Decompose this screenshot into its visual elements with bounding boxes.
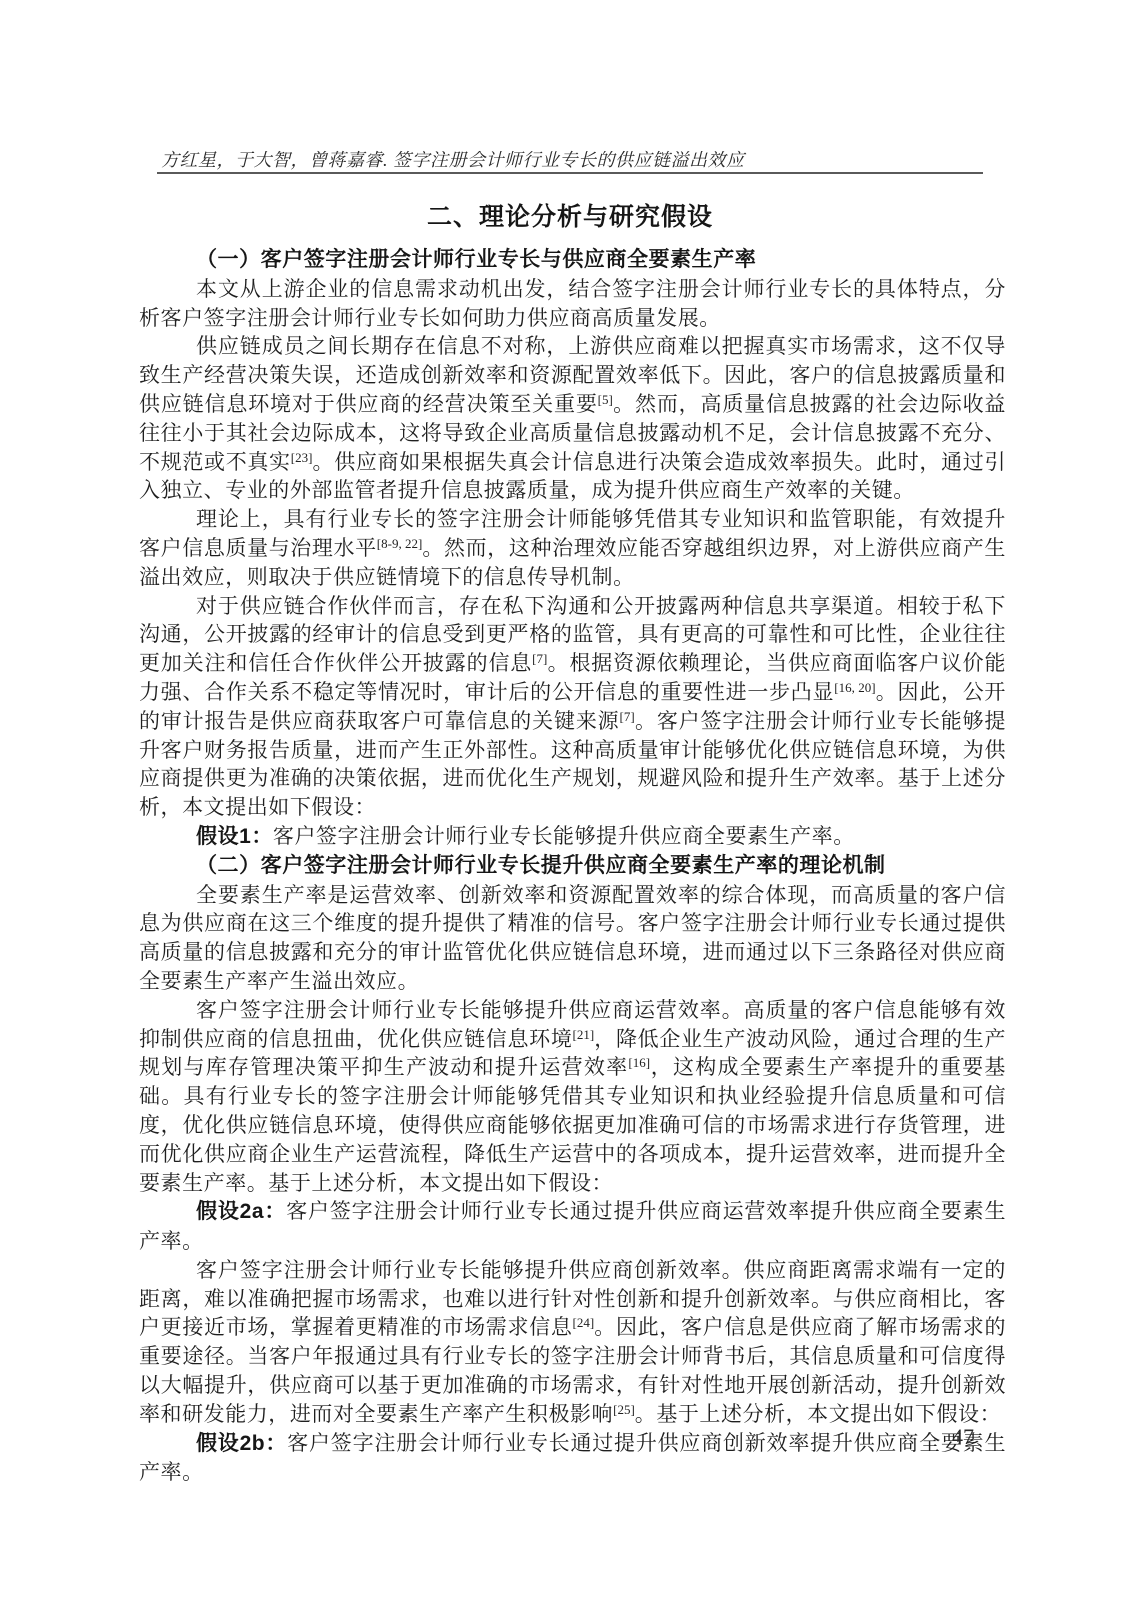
- citation-ref: [8-9, 22]: [377, 536, 423, 551]
- citation-ref: [16]: [628, 1055, 650, 1070]
- text-run: 客户签字注册会计师行业专长能够提升供应商全要素生产率。: [273, 824, 855, 848]
- body-paragraph: 全要素生产率是运营效率、创新效率和资源配置效率的综合体现，而高质量的客户信息为供…: [139, 881, 1006, 996]
- body-paragraph: 理论上，具有行业专长的签字注册会计师能够凭借其专业知识和监管职能，有效提升客户信…: [139, 505, 1006, 591]
- text-run: （一）客户签字注册会计师行业专长与供应商全要素生产率: [196, 248, 756, 271]
- hypothesis-label: 假设2b：: [196, 1432, 287, 1455]
- citation-ref: [7]: [532, 651, 547, 666]
- text-run: （二）客户签字注册会计师行业专长提升供应商全要素生产率的理论机制: [196, 854, 886, 877]
- running-header: 方红星，于大智，曾蒋嘉睿. 签字注册会计师行业专长的供应链溢出效应: [161, 146, 991, 172]
- citation-ref: [25]: [613, 1402, 635, 1417]
- citation-ref: [7]: [620, 709, 635, 724]
- subsection-heading: （二）客户签字注册会计师行业专长提升供应商全要素生产率的理论机制: [139, 852, 1006, 881]
- subsection-heading: （一）客户签字注册会计师行业专长与供应商全要素生产率: [139, 246, 1006, 275]
- body-paragraph: 客户签字注册会计师行业专长能够提升供应商运营效率。高质量的客户信息能够有效抑制供…: [139, 996, 1006, 1198]
- hypothesis-statement: 假设2a：客户签字注册会计师行业专长通过提升供应商运营效率提升供应商全要素生产率…: [139, 1197, 1006, 1256]
- body-text: （一）客户签字注册会计师行业专长与供应商全要素生产率本文从上游企业的信息需求动机…: [139, 246, 1006, 1487]
- body-paragraph: 本文从上游企业的信息需求动机出发，结合签字注册会计师行业专长的具体特点，分析客户…: [139, 275, 1006, 333]
- citation-ref: [16, 20]: [834, 680, 875, 695]
- header-rule: [157, 172, 983, 174]
- hypothesis-label: 假设2a：: [196, 1200, 286, 1223]
- hypothesis-label: 假设1：: [196, 825, 273, 848]
- body-paragraph: 客户签字注册会计师行业专长能够提升供应商创新效率。供应商距离需求端有一定的距离，…: [139, 1256, 1006, 1429]
- hypothesis-statement: 假设1：客户签字注册会计师行业专长能够提升供应商全要素生产率。: [139, 822, 1006, 852]
- citation-ref: [23]: [291, 450, 313, 465]
- page-number: 47: [952, 1424, 974, 1450]
- paper-page: 方红星，于大智，曾蒋嘉睿. 签字注册会计师行业专长的供应链溢出效应 二、理论分析…: [0, 0, 1140, 1600]
- hypothesis-statement: 假设2b：客户签字注册会计师行业专长通过提升供应商创新效率提升供应商全要素生产率…: [139, 1429, 1006, 1488]
- text-run: 。基于上述分析，本文提出如下假设：: [635, 1402, 1001, 1426]
- citation-ref: [21]: [573, 1027, 595, 1042]
- citation-ref: [5]: [598, 392, 613, 407]
- citation-ref: [24]: [573, 1315, 595, 1330]
- text-run: 全要素生产率是运营效率、创新效率和资源配置效率的综合体现，而高质量的客户信息为供…: [139, 883, 1006, 993]
- section-title: 二、理论分析与研究假设: [0, 197, 1140, 233]
- body-paragraph: 对于供应链合作伙伴而言，存在私下沟通和公开披露两种信息共享渠道。相较于私下沟通，…: [139, 592, 1006, 822]
- body-paragraph: 供应链成员之间长期存在信息不对称，上游供应商难以把握真实市场需求，这不仅导致生产…: [139, 332, 1006, 505]
- text-run: 本文从上游企业的信息需求动机出发，结合签字注册会计师行业专长的具体特点，分析客户…: [139, 277, 1006, 330]
